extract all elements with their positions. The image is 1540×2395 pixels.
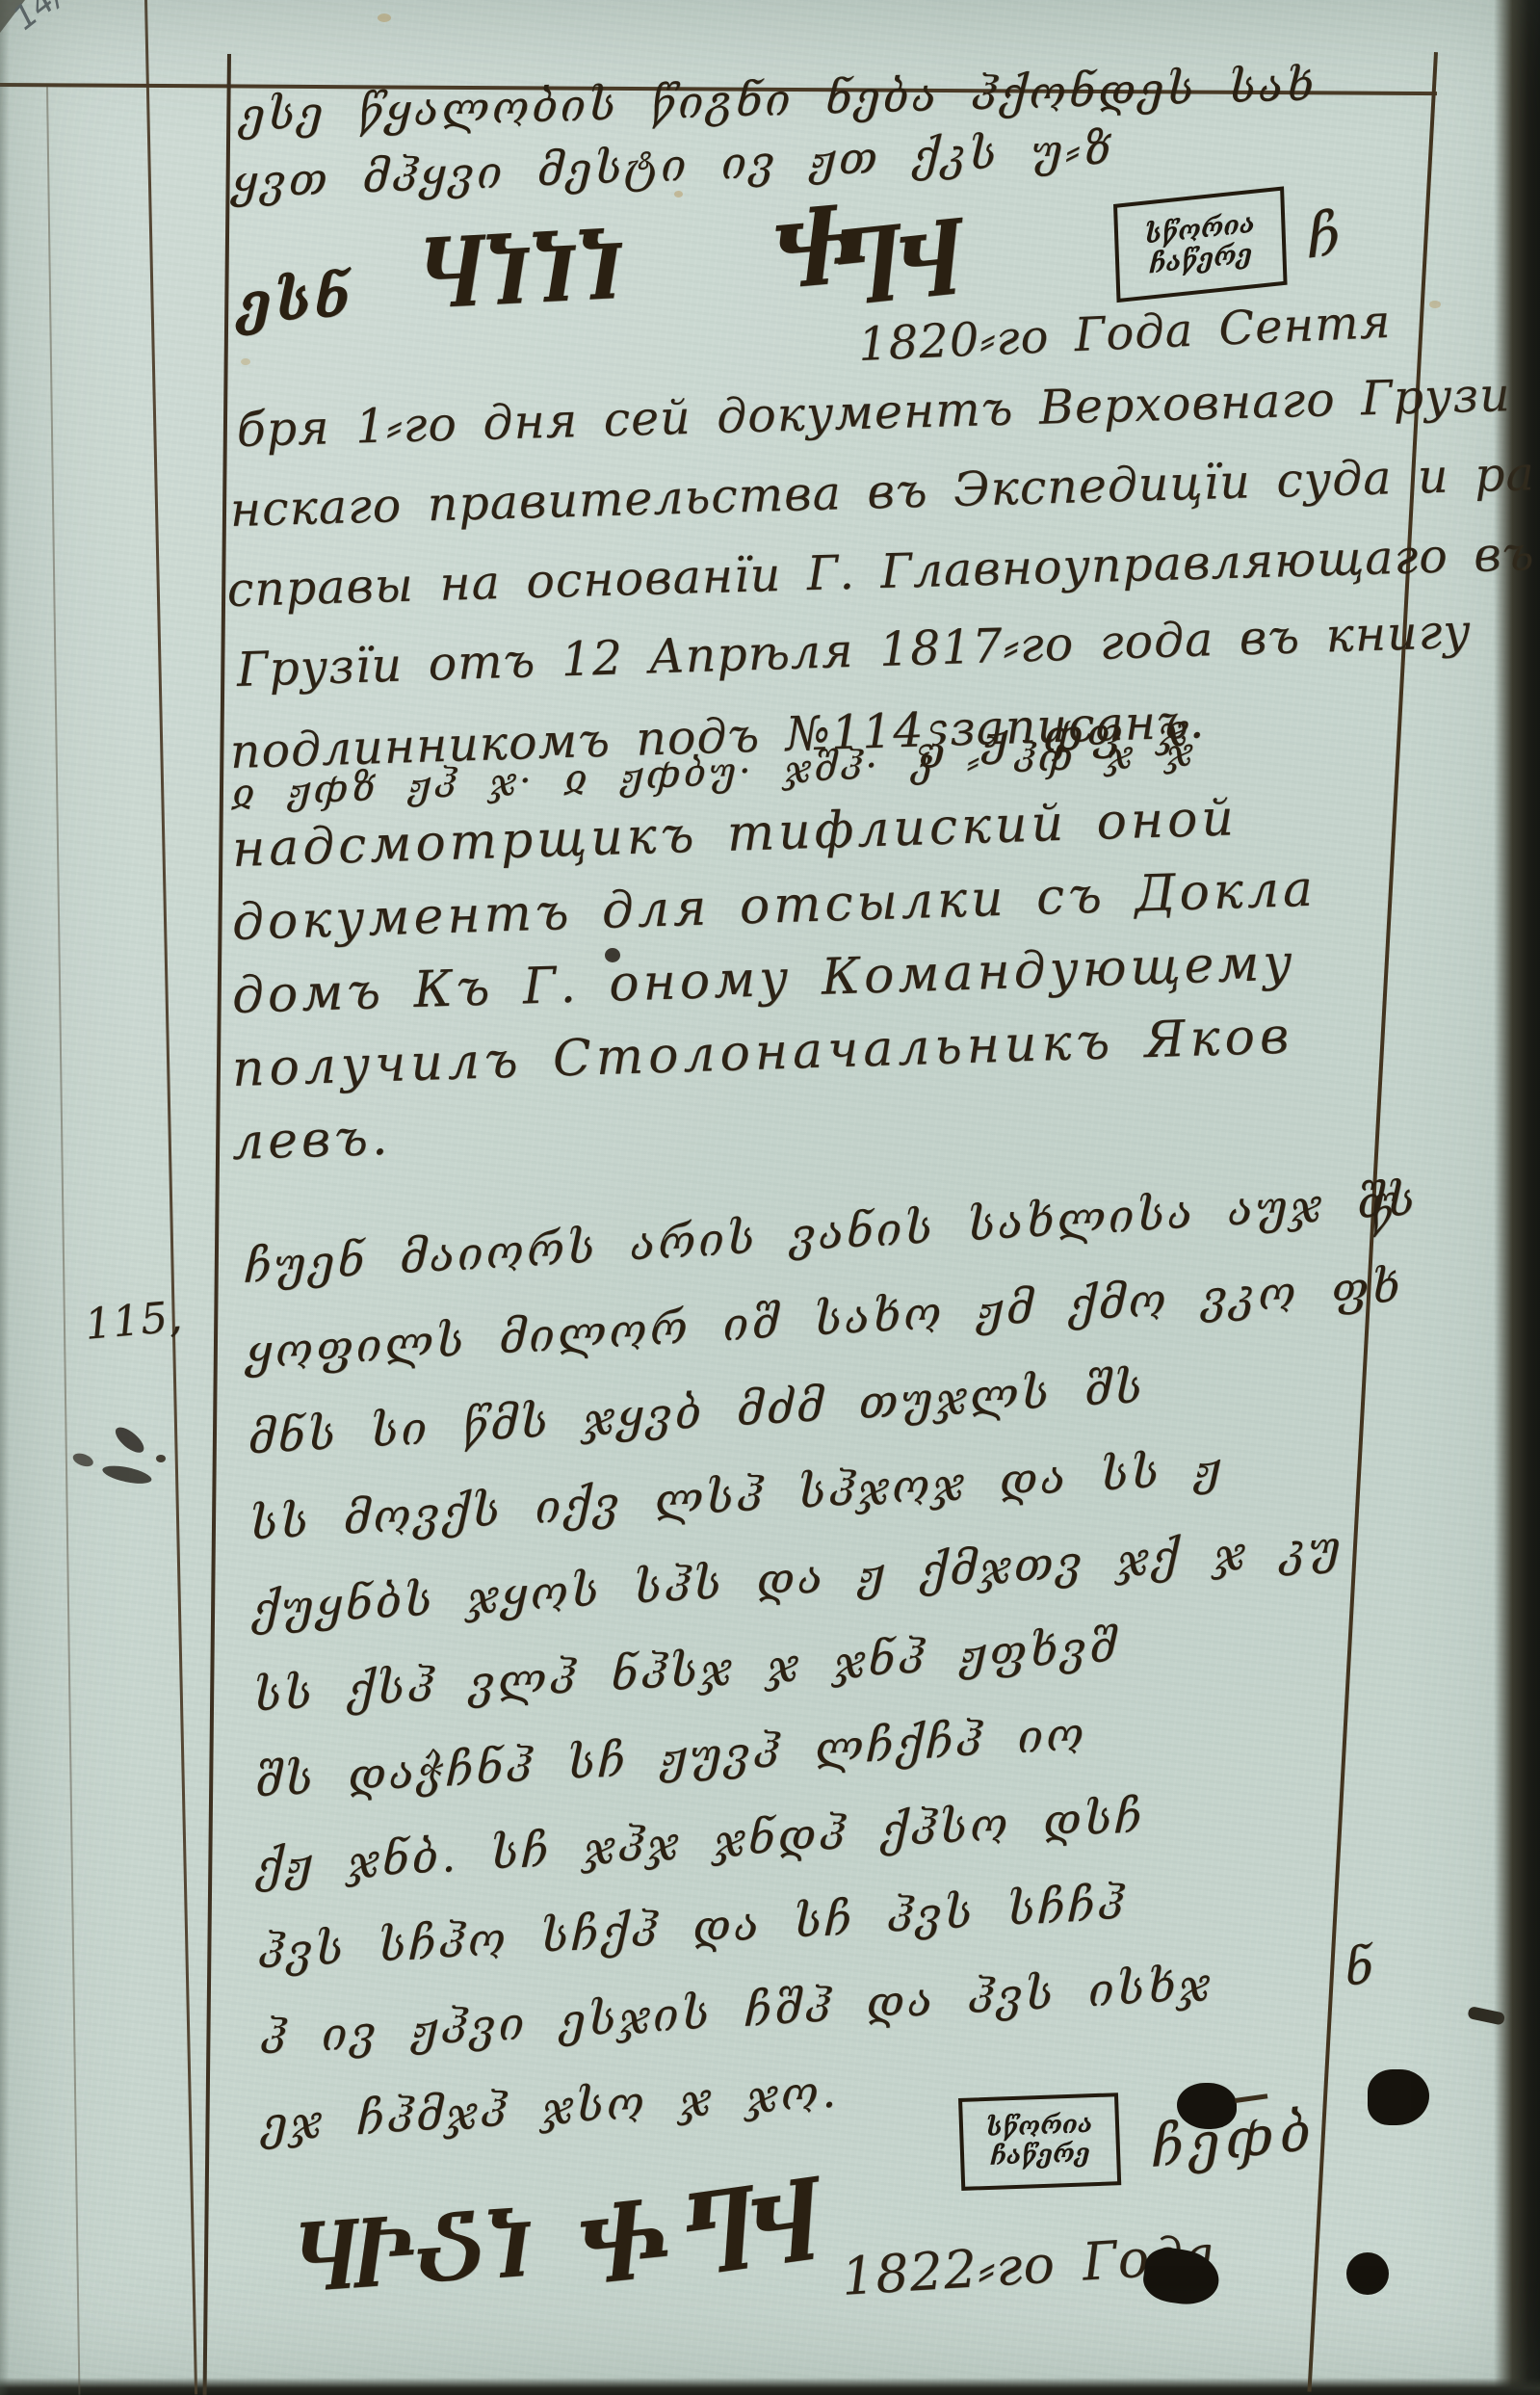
signature-flourish: ႤჃ (828, 211, 961, 328)
registration-note-line: нскаго правительства въ Экспедицїи суда … (229, 446, 1535, 538)
registration-note-line: бря 1⸗го дня сей документъ Верховнаго Гр… (236, 367, 1511, 458)
registration-note-line: Грузїи отъ 12 Апрѣля 1817⸗го года въ кни… (236, 604, 1473, 697)
ink-smudge (101, 1462, 153, 1487)
signature-flourish: Ⴕ (570, 2188, 684, 2306)
paper-stain (674, 191, 683, 197)
signature-flourish: ႷჁჂႨ (289, 2199, 532, 2311)
margin-tail-glyph: ნ (1341, 1937, 1380, 1997)
georgian-body-line: სს მოვქს იქვ ლსჰ სჰჯოჯ და სს ჟ (248, 1442, 1225, 1551)
registration-stamp-bottom: სწორია ჩაწერე (958, 2092, 1121, 2191)
ink-blot-tail (1235, 2093, 1267, 2103)
ink-smudge (71, 1451, 95, 1469)
georgian-body-line: მნს სი წმს ჯყვბ მძმ თუჯლს შს (247, 1360, 1146, 1465)
georgian-header-line: ესე წყალობის წიგნი ნება ჰქონდეს სახ (239, 59, 1317, 141)
georgian-body-line: ჰ ივ ჟჰვი ესჯის ჩშჰ და ჰვს ისხჯ (258, 1958, 1214, 2066)
georgian-body-line: სს ქსჰ ვლჰ ნჰსჯ ჯ ჯნჰ ჟფხვშ (252, 1619, 1121, 1723)
pencil-folio-note: 14/06 (6, 0, 104, 39)
georgian-body-line: ეჯ ჩჰმჯჰ ჯსო ჯ ჯო. (260, 2065, 840, 2150)
georgian-body-line: ქჟ ჯნბ. სჩ ჯჰჯ ჯნდჰ ქჰსო დსჩ (254, 1790, 1146, 1894)
left-margin-line-pencil (46, 87, 80, 2395)
paper-stain (1429, 301, 1441, 308)
registration-note-line: получилъ Столоначальникъ Яков (231, 1007, 1294, 1098)
signature-flourish: ႷႨႨႨ (414, 221, 620, 329)
ink-blot (1368, 2069, 1429, 2125)
binding-edge (1494, 0, 1540, 2395)
paper-stain (241, 358, 250, 365)
left-margin-line-ink (144, 0, 197, 2394)
stamp-side-glyph: ჩ (1302, 201, 1347, 272)
ink-blot (1177, 2083, 1237, 2129)
ink-blot (1346, 2252, 1389, 2295)
left-edge-shadow (0, 0, 10, 2395)
registration-stamp-top: სწორია ჩაწერე (1113, 186, 1288, 303)
ink-smudge (156, 1455, 166, 1462)
entry-number: 115, (83, 1292, 185, 1350)
stamp-text-line: ჩაწერე (990, 2140, 1090, 2171)
georgian-body-line: ჰვს სჩჰო სჩქჰ და სჩ ჰვს სჩჩჰ (256, 1877, 1128, 1980)
manuscript-page: 14/06 ესე წყალობის წიგნი ნება ჰქონდეს სა… (0, 0, 1540, 2395)
ink-smudge (112, 1423, 148, 1457)
georgian-body-line: შს დაჭჩნჰ სჩ ჟუვჰ ლჩქჩჰ იო (253, 1707, 1088, 1808)
signature-flourish: ესნ (235, 264, 354, 337)
registration-note-line: справы на основанїи Г. Главноуправляющаг… (226, 526, 1535, 618)
registration-note-line: левъ. (231, 1109, 392, 1171)
paper-stain (378, 13, 391, 22)
text-block-left-rule (203, 54, 231, 2395)
signature-flourish: ႤჃ (674, 2169, 820, 2300)
